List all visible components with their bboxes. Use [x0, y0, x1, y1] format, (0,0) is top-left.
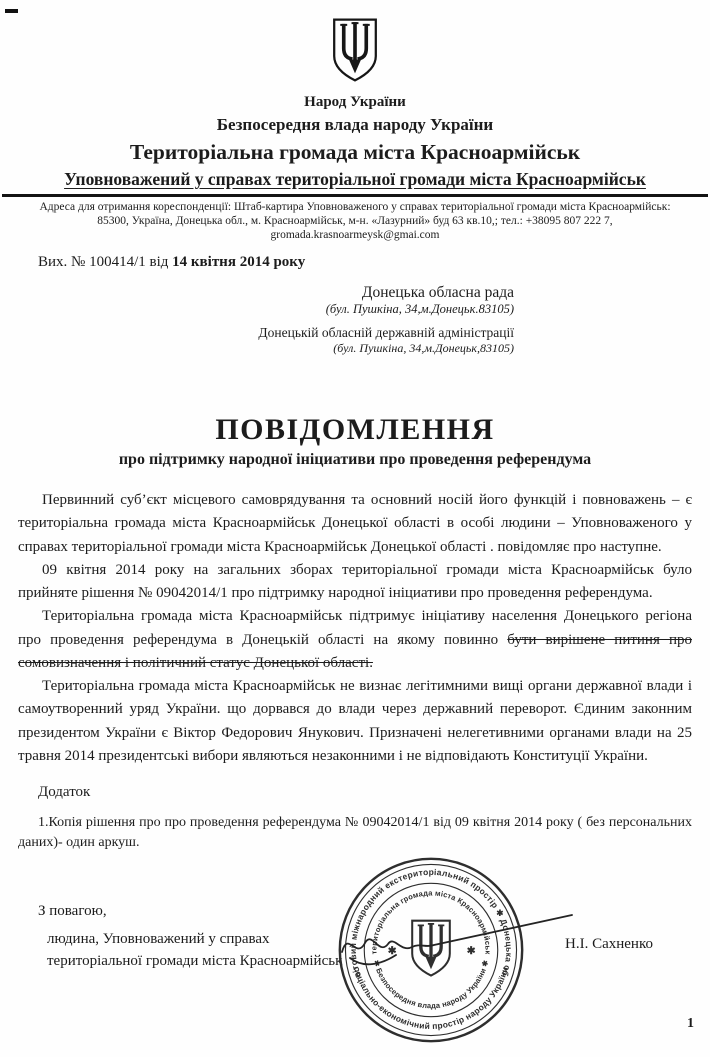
paragraph-1: Первинний суб’єкт місцевого самоврядуван…	[18, 489, 692, 559]
recipient-2-name: Донецькій обласній державній адміністрац…	[0, 324, 514, 341]
address-line-1: Адреса для отримання кореспонденції: Шта…	[0, 200, 710, 214]
scan-artifact-mark	[5, 9, 18, 13]
paragraph-4-text: Територіальна громада міста Красноармійс…	[18, 678, 692, 764]
signer-name: Н.І. Сахненко	[565, 936, 653, 953]
ukraine-trident-emblem-icon	[329, 16, 381, 84]
address-line-2: 85300, Україна, Донецька обл., м. Красно…	[0, 214, 710, 228]
paragraph-4: Територіальна громада міста Красноармійс…	[18, 675, 692, 768]
scanned-letter-page: Народ України Безпосередня влада народу …	[0, 0, 710, 1057]
page-number: 1	[687, 1016, 694, 1032]
paragraph-2-text: 09 квітня 2014 року на загальних зборах …	[18, 562, 692, 601]
recipient-2-address: (бул. Пушкіна, 34,м.Донецьк,83105)	[0, 341, 514, 356]
header-people-of-ukraine: Народ України	[0, 94, 710, 111]
paragraph-3: Територіальна громада міста Красноармійс…	[18, 605, 692, 675]
header-authorized-representative: Уповноважений у справах територіальної г…	[0, 169, 710, 190]
reference-prefix: Вих. № 100414/1 від	[38, 254, 172, 270]
document-title: ПОВІДОМЛЕННЯ	[0, 412, 710, 448]
document-body: Первинний суб’єкт місцевого самоврядуван…	[18, 489, 692, 768]
emblem-container	[0, 0, 710, 89]
recipient-1-address: (бул. Пушкіна, 34,м.Донецьк.83105)	[0, 302, 514, 317]
address-email: gromada.krasnoarmeysk@gmai.com	[0, 228, 710, 242]
document-subtitle: про підтримку народної ініциативи про пр…	[0, 451, 710, 469]
header-territorial-community: Територіальна громада міста Красноармійс…	[0, 140, 710, 165]
header-direct-power: Безпосередня влада народу України	[0, 115, 710, 135]
reference-date: 14 квітня 2014 року	[172, 254, 305, 270]
recipient-1-name: Донецька обласна рада	[0, 283, 514, 302]
outgoing-reference-line: Вих. № 100414/1 від 14 квітня 2014 року	[38, 254, 710, 271]
handwritten-signature-icon	[330, 898, 590, 988]
correspondence-address-block: Адреса для отримання кореспонденції: Шта…	[0, 200, 710, 242]
attachment-heading: Додаток	[38, 784, 710, 801]
paragraph-1-text: Первинний суб’єкт місцевого самоврядуван…	[18, 492, 692, 555]
paragraph-2: 09 квітня 2014 року на загальних зборах …	[18, 559, 692, 606]
attachment-text: 1.Копія рішення про про проведення рефер…	[18, 813, 692, 854]
header-divider-rule	[2, 194, 708, 197]
recipients-block: Донецька обласна рада (бул. Пушкіна, 34,…	[0, 283, 710, 356]
